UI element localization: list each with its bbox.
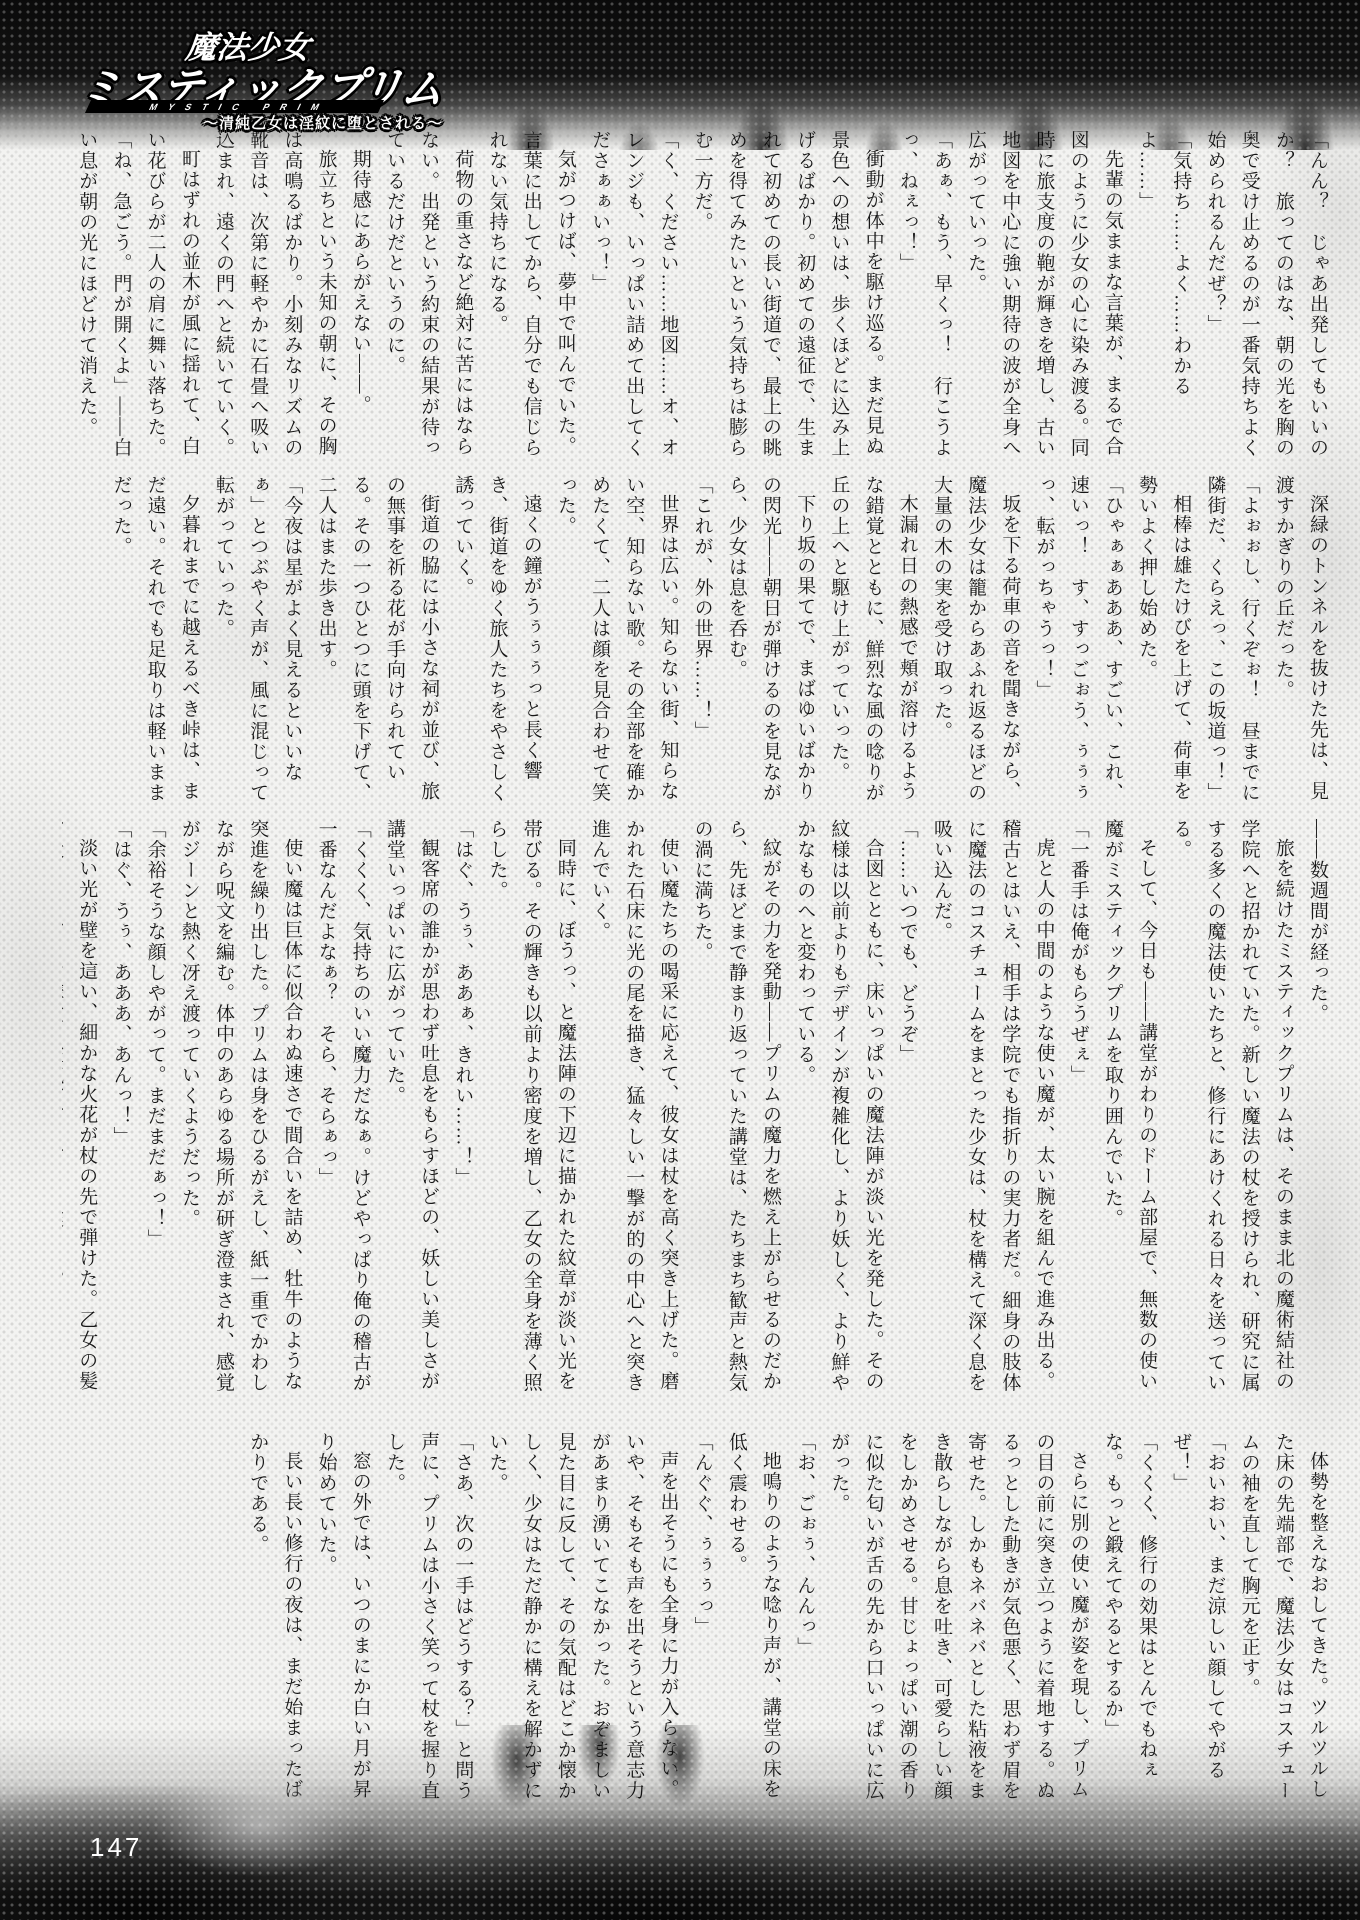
paragraph: 「んん？ じゃあ出発してもいいのか？ 旅ってのはな、朝の光を胸の奥で受け止めるの… — [1197, 130, 1334, 468]
paragraph: 長い長い修行の夜は、まだ始まったばかりである。 — [240, 1432, 308, 1808]
paragraph: 街道の脇には小さな祠が並び、旅の無事を祈る花が手向けられている。その一つひとつに… — [308, 475, 445, 812]
paragraph: 遠くの鐘がうぅぅぅっと長く響き、街道をゆく旅人たちをやさしく誘っていく。 — [445, 475, 548, 812]
paragraph: 深緑のトンネルを抜けた先は、見渡すかぎりの丘だった。 — [1266, 475, 1334, 812]
paragraph: そして、今日も――講堂がわりのドーム部屋で、無数の使い魔がミスティックプリムを取… — [1095, 819, 1163, 1397]
paragraph: 坂を下る荷車の音を聞きながら、魔法少女は籠からあふれ返るほどの大量の木の実を受け… — [924, 475, 1027, 812]
paragraph: 「今夜は星がよく見えるといいなぁ」とつぶやく声が、風に混じって転がっていった。 — [206, 475, 309, 812]
paragraph: 「くくく、気持ちのいい魔力だなぁ。けどやっぱり俺の稽古が一番なんだよなぁ？ そら… — [308, 819, 376, 1397]
paragraph: 下り坂の果てで、まばゆいばかりの閃光――朝日が弾けるのを見ながら、少女は息を呑む… — [719, 475, 822, 812]
paragraph: 「はぐ、うぅ、あああ、あんっ！」 — [103, 819, 137, 1397]
paragraph: 使い魔は巨体に似合わぬ速さで間合いを詰め、牡牛のような突進を繰り出した。プリムは… — [172, 819, 309, 1397]
paragraph: 町はずれの並木が風に揺れて、白い花びらが二人の肩に舞い落ちた。 — [137, 130, 205, 468]
paragraph: 淡い光が壁を這い、細かな火花が杖の先で弾けた。乙女の髪が大きくなびき、講堂の空気… — [62, 819, 103, 1397]
text-band-3: ――数週間が経った。旅を続けたミスティックプリムは、そのまま北の魔術結社の学院へ… — [62, 819, 1334, 1397]
paragraph: 世界は広い。知らない街、知らない空、知らない歌。その全部を確かめたくて、二人は顔… — [548, 475, 685, 812]
paragraph: 荷物の重さなど絶対に苦にはならない。出発という約束の結果が待っているだけだという… — [377, 130, 480, 468]
paragraph: 同時に、ぼうっ、と魔法陣の下辺に描かれた紋章が淡い光を帯びる。その輝きも以前より… — [479, 819, 582, 1397]
paragraph: 「よぉぉし、行くぞぉ！ 昼までに隣街だ、くらえっ、この坂道っ！」 — [1197, 475, 1265, 812]
paragraph: 使い魔たちの喝采に応えて、彼女は杖を高く突き上げた。磨かれた石床に光の尾を描き、… — [582, 819, 685, 1397]
paragraph: 「余裕そうな顔しやがって。まだまだぁっ！」 — [137, 819, 171, 1397]
paragraph: 旅を続けたミスティックプリムは、そのまま北の魔術結社の学院へと招かれていた。新し… — [1163, 819, 1300, 1397]
paragraph: 「お、ごぉぅ、んんっ」 — [787, 1432, 821, 1808]
paragraph: 「気持ち……よく……わかるよ……」 — [1129, 130, 1197, 468]
paragraph: 「ね、急ごう。門が開くよ」――白い息が朝の光にほどけて消えた。 — [69, 130, 137, 468]
paragraph: 相棒は雄たけびを上げて、荷車を勢いよく押し始めた。 — [1129, 475, 1197, 812]
paragraph: 地鳴りのような唸り声が、講堂の床を低く震わせる。 — [719, 1432, 787, 1808]
paragraph: さらに別の使い魔が姿を現し、プリムの目の前に突き立つように着地する。ぬるっとした… — [821, 1432, 1095, 1808]
paragraph: 夕暮れまでに越えるべき峠は、まだ遠い。それでも足取りは軽いままだった。 — [103, 475, 206, 812]
paragraph: 虎と人の中間のような使い魔が、太い腕を組んで進み出る。稽古とはいえ、相手は学院で… — [924, 819, 1061, 1397]
paragraph: 「ひゃぁぁあああ、すごい、これ、速いっ！ す、すっごぉう、ぅぅぅっ、転がっちゃう… — [1026, 475, 1129, 812]
paragraph: 「くくく、修行の効果はとんでもねぇな。もっと鍛えてやるとするか」 — [1095, 1432, 1163, 1808]
page-number: 147 — [90, 1832, 142, 1863]
paragraph: 先輩の気ままな言葉が、まるで合図のように少女の心に染み渡る。同時に旅支度の鞄が輝… — [958, 130, 1129, 468]
paragraph: 観客席の誰かが思わず吐息をもらすほどの、妖しい美しさが講堂いっぱいに広がっていた… — [377, 819, 445, 1397]
text-band-2: 深緑のトンネルを抜けた先は、見渡すかぎりの丘だった。「よぉぉし、行くぞぉ！ 昼ま… — [62, 475, 1334, 812]
paragraph: 紋がその力を発動――プリムの魔力を燃え上がらせるのだから、先ほどまで静まり返って… — [684, 819, 787, 1397]
text-band-4: 体勢を整えなおしてきた。ツルツルした床の先端部で、魔法少女はコスチュームの袖を直… — [62, 1432, 1334, 1808]
scanned-novel-page: { "logo": { "line1": "魔法少女", "line2": "ミ… — [0, 0, 1360, 1920]
paragraph: 「おいおい、まだ涼しい顔してやがるぜ！」 — [1163, 1432, 1231, 1808]
paragraph: 気がつけば、夢中で叫んでいた。言葉に出してから、自分でも信じられない気持ちになる… — [479, 130, 582, 468]
paragraph: 体勢を整えなおしてきた。ツルツルした床の先端部で、魔法少女はコスチュームの袖を直… — [1231, 1432, 1334, 1808]
paragraph: 「あぁ、もう、早くっ！ 行こうよっ、ねぇっ！」 — [890, 130, 958, 468]
text-band-1: 「んん？ じゃあ出発してもいいのか？ 旅ってのはな、朝の光を胸の奥で受け止めるの… — [62, 130, 1334, 468]
paragraph: 「んぐぐ、ぅぅぅっ」 — [684, 1432, 718, 1808]
paragraph: 衝動が体中を駆け巡る。まだ見ぬ景色への想いは、歩くほどに込み上げるばかり。初めて… — [684, 130, 889, 468]
paragraph: 「く、ください……地図……オ、オレンジも、いっぱい詰めて出してくださぁぁいっ！」 — [582, 130, 685, 468]
paragraph: 旅立ちという未知の朝に、その胸は高鳴るばかり。小刻みなリズムの靴音は、次第に軽や… — [206, 130, 343, 468]
logo-subtitle: ～清純乙女は淫紋に堕とされる～ — [203, 112, 443, 133]
paragraph: 「一番手は俺がもらうぜぇ」 — [1061, 819, 1095, 1397]
paragraph: 期待感にあらがえない――。 — [343, 130, 377, 468]
paragraph: 窓の外では、いつのまにか白い月が昇り始めていた。 — [308, 1432, 376, 1808]
paragraph: 「……いつでも、どうぞ」 — [890, 819, 924, 1397]
paragraph: 「これが、外の世界……！」 — [684, 475, 718, 812]
paragraph: 「さあ、次の一手はどうする？」と問う声に、プリムは小さく笑って杖を握り直した。 — [377, 1432, 480, 1808]
paragraph: 声を出そうにも全身に力が入らない。いや、そもそも声を出そうという意志力があまり湧… — [479, 1432, 684, 1808]
paragraph: 合図とともに、床いっぱいの魔法陣が淡い光を発した。その紋様は以前よりもデザインが… — [787, 819, 890, 1397]
paragraph: ――数週間が経った。 — [1300, 819, 1334, 1397]
paragraph: 木漏れ日の熱感で頬が溶けるような錯覚とともに、鮮烈な風の唸りが丘の上へと駆け上が… — [821, 475, 924, 812]
paragraph: 「はぐ、うぅ、ああぁ、きれい……！」 — [445, 819, 479, 1397]
